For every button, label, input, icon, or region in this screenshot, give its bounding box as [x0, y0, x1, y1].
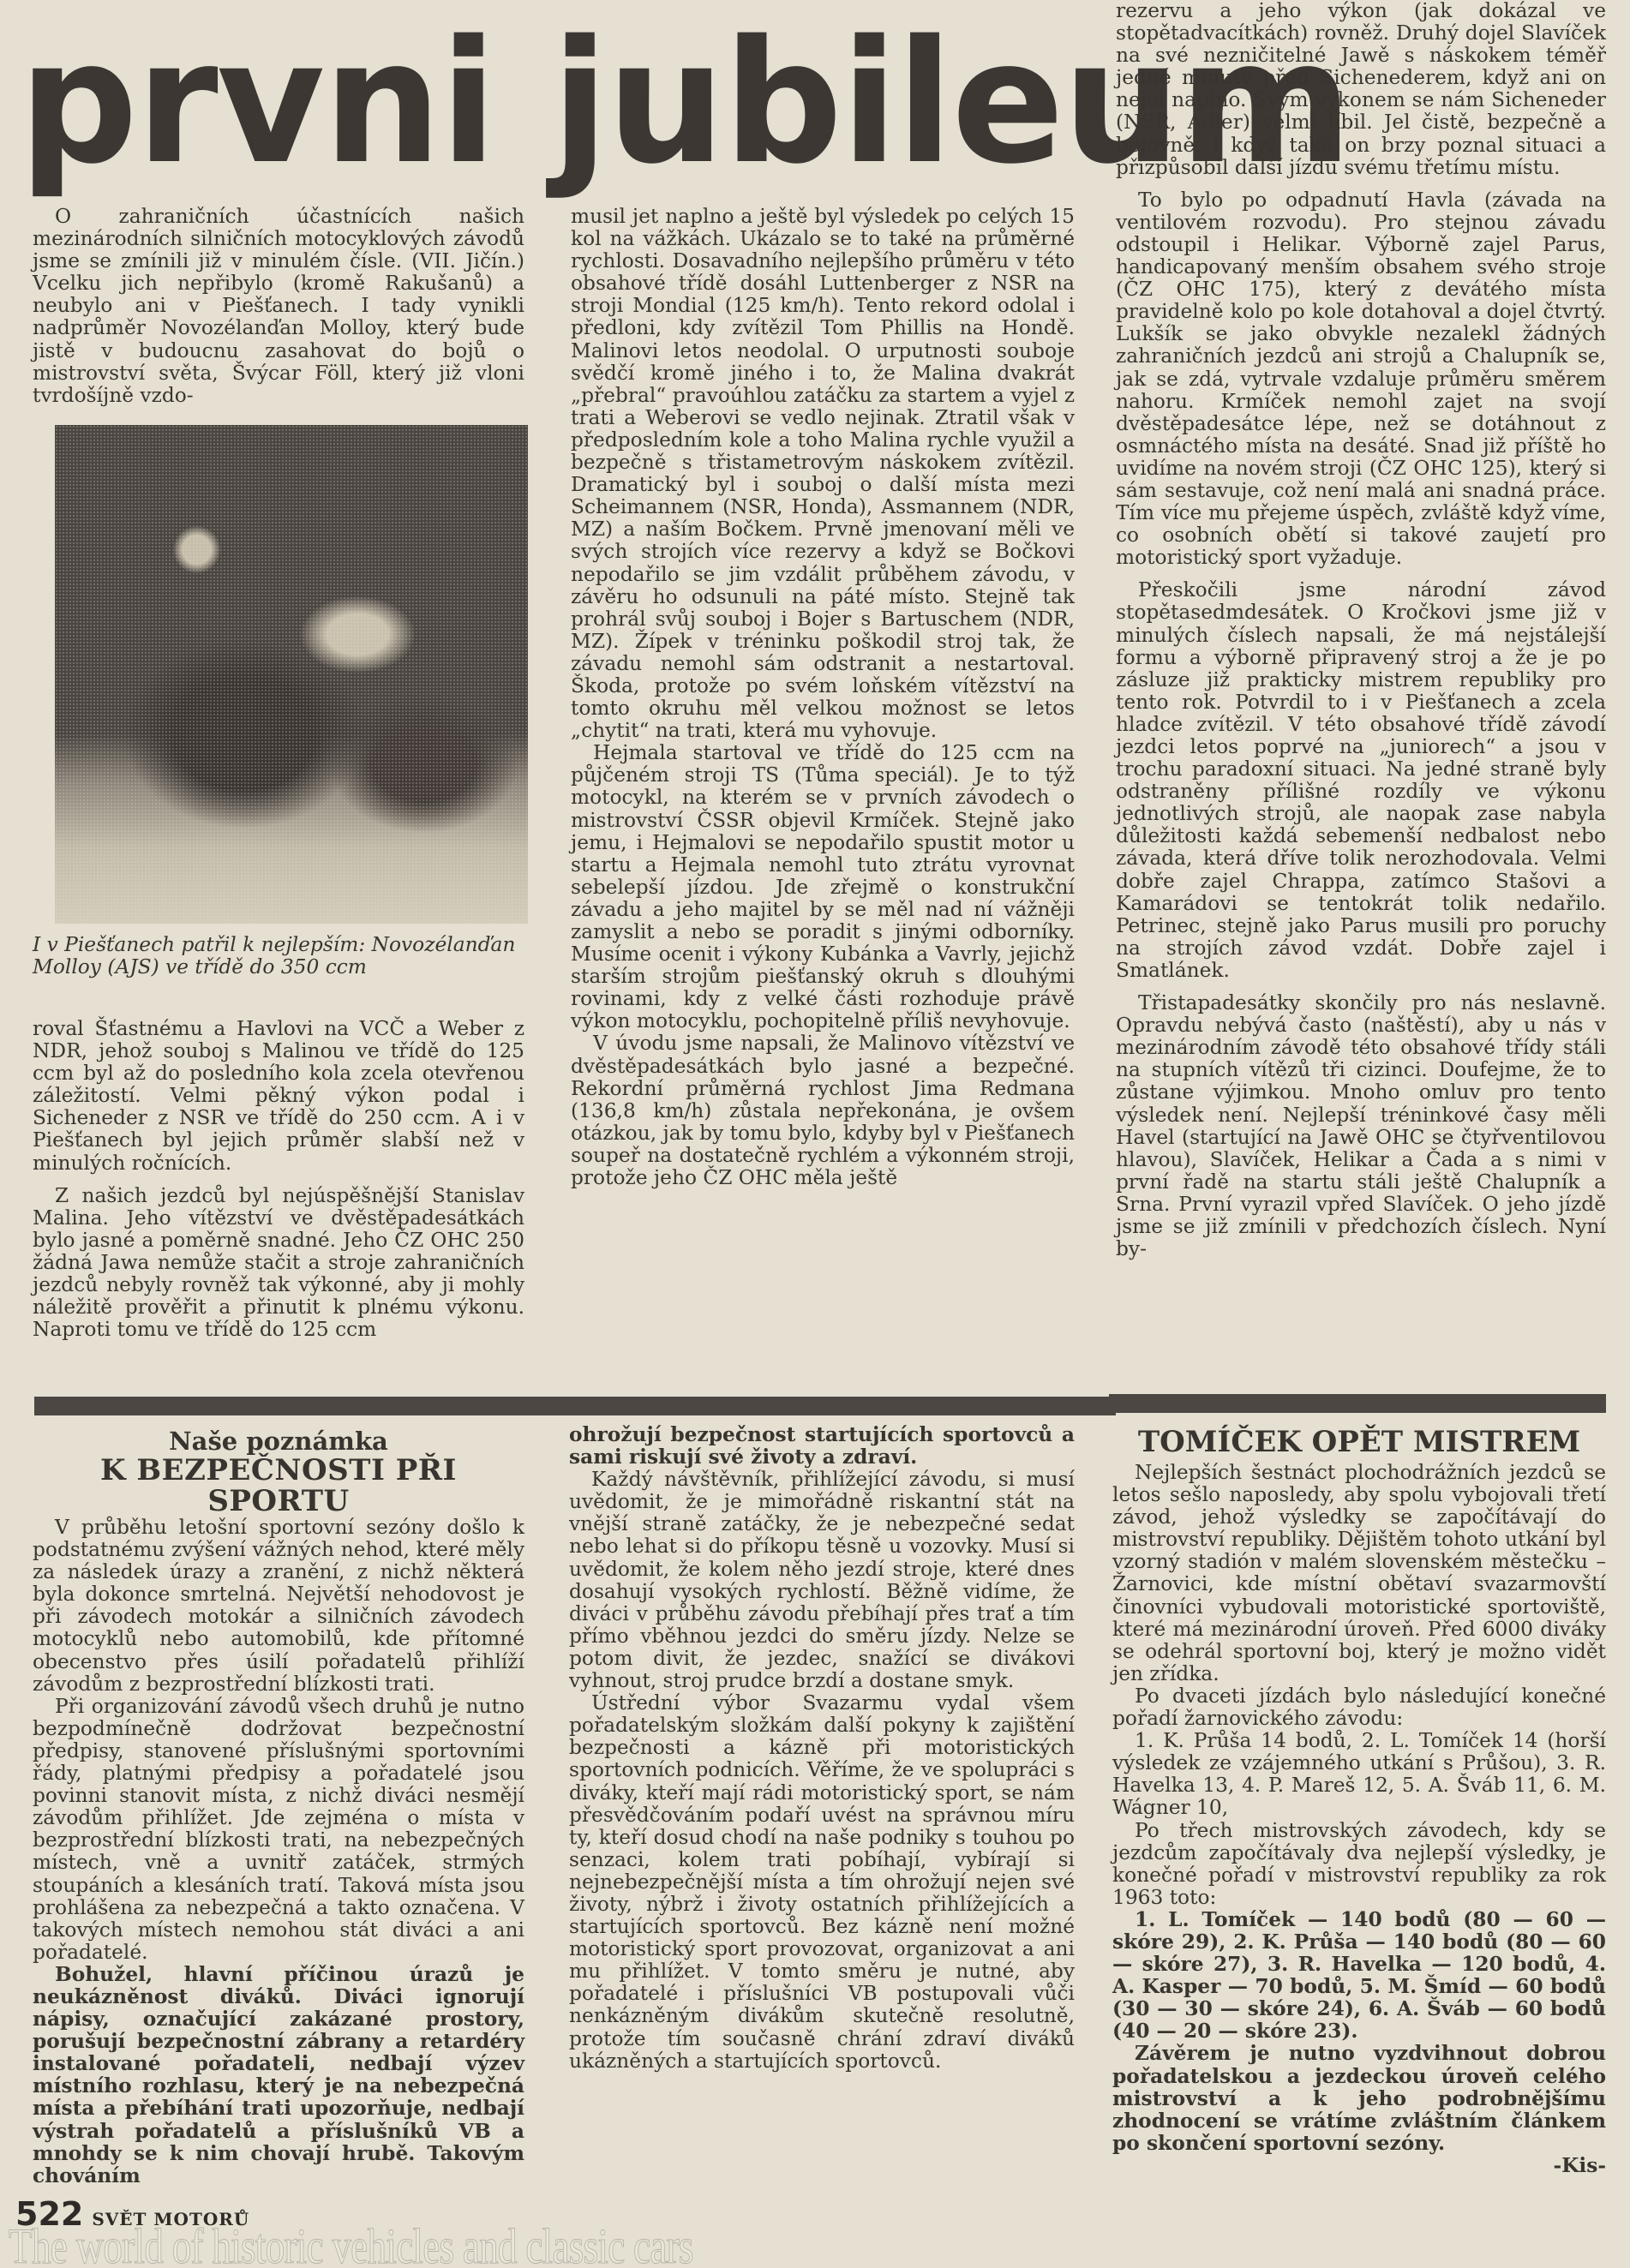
article-paragraph: To bylo po odpadnutí Havla (závada na ve…	[1116, 189, 1606, 570]
note-paragraph: Každý návštěvník, přihlížející závodu, s…	[569, 1469, 1075, 1692]
article-column-1-top: O zahraničních účastnících našich meziná…	[33, 206, 524, 407]
watermark-text: The world of historic vehicles and class…	[9, 2221, 693, 2268]
championship-standings: 1. L. Tomíček — 140 bodů (80 — 60 — skór…	[1112, 1909, 1606, 2044]
article-paragraph: roval Šťastnému a Havlovi na VCČ a Weber…	[33, 1018, 524, 1175]
article-paragraph: rezervu a jeho výkon (jak dokázal ve sto…	[1116, 0, 1606, 179]
section-divider-rule	[34, 1397, 1116, 1415]
article-paragraph: musil jet naplno a ještě byl výsledek po…	[571, 206, 1075, 742]
note-kicker: Naše poznámka	[33, 1427, 524, 1455]
section-divider-rule	[1109, 1394, 1606, 1413]
magazine-page: prvni jubileum O zahraničních účastnícíc…	[0, 0, 1630, 2268]
article-column-3: rezervu a jeho výkon (jak dokázal ve sto…	[1116, 0, 1606, 1260]
sidebar-paragraph: Po dvaceti jízdách bylo následující kone…	[1112, 1685, 1606, 1730]
sidebar-bold-paragraph: Závěrem je nutno vyzdvihnout dobrou pořa…	[1112, 2043, 1606, 2154]
race-photo-image	[55, 425, 528, 924]
sidebar-paragraph: Nejlepších šestnáct plochodrážních jezdc…	[1112, 1462, 1606, 1685]
sidebar-title: TOMÍČEK OPĚT MISTREM	[1112, 1426, 1606, 1458]
note-paragraph: Ústřední výbor Svazarmu vydal všem pořad…	[569, 1692, 1075, 2073]
article-paragraph: V úvodu jsme napsali, že Malinovo vítězs…	[571, 1032, 1075, 1189]
note-bold-paragraph: Bohužel, hlavní příčinou úrazů je neukáz…	[33, 1964, 524, 2187]
photo-caption: I v Piešťanech patřil k nejlepším: Novoz…	[33, 934, 524, 978]
article-paragraph: O zahraničních účastnících našich meziná…	[33, 206, 524, 407]
note-paragraph: Při organizování závodů všech druhů je n…	[33, 1696, 524, 1964]
race-results: 1. K. Průša 14 bodů, 2. L. Tomíček 14 (h…	[1112, 1730, 1606, 1819]
note-paragraph: V průběhu letošní sportovní sezóny došlo…	[33, 1517, 524, 1696]
author-signature: -Kis-	[1112, 2155, 1606, 2177]
article-paragraph: Z našich jezdců byl nejúspěšnější Stanis…	[33, 1185, 524, 1342]
note-title: K BEZPEČNOSTI PŘI SPORTU	[33, 1455, 524, 1517]
article-paragraph: Hejmala startoval ve třídě do 125 ccm na…	[571, 742, 1075, 1032]
note-bold-continuation: ohrožují bezpečnost startujících sportov…	[569, 1424, 1075, 1469]
note-column-2: ohrožují bezpečnost startujících sportov…	[569, 1424, 1075, 2073]
article-column-2: musil jet naplno a ještě byl výsledek po…	[571, 206, 1075, 1189]
sidebar-paragraph: Po třech mistrovských závodech, kdy se j…	[1112, 1820, 1606, 1909]
sidebar-column: TOMÍČEK OPĚT MISTREM Nejlepších šestnáct…	[1112, 1426, 1606, 2177]
article-paragraph: Třistapadesátky skončily pro nás neslavn…	[1116, 992, 1606, 1260]
article-column-1-bottom: roval Šťastnému a Havlovi na VCČ a Weber…	[33, 1018, 524, 1341]
note-column-1: Naše poznámka K BEZPEČNOSTI PŘI SPORTU V…	[33, 1427, 524, 2187]
article-paragraph: Přeskočili jsme národní závod stopětased…	[1116, 579, 1606, 982]
